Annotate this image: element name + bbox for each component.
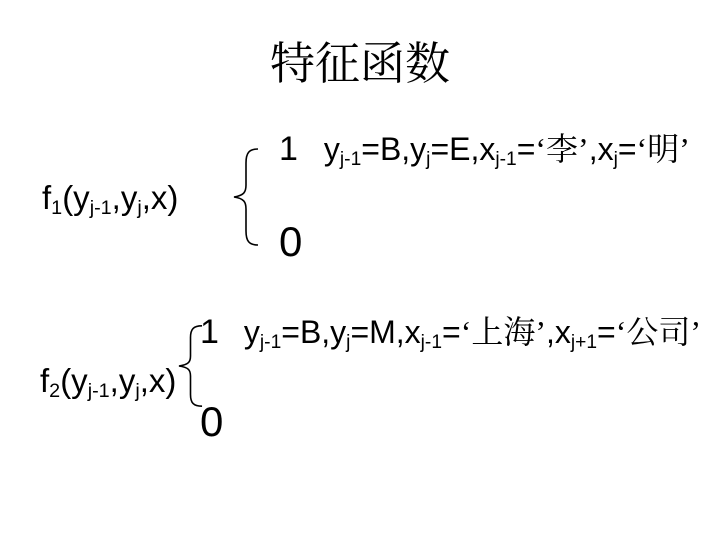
f2-left-curly-brace-icon [178,325,203,407]
f1-case-true-row: 1yj-1=B,yj=E,xj-1=‘李’,xj=‘明’ [279,132,690,169]
f2-case-true-condition: yj-1=B,yj=M,xj-1=‘上海’,xj+1=‘公司’ [244,314,701,350]
f1-case-true-condition: yj-1=B,yj=E,xj-1=‘李’,xj=‘明’ [324,131,690,167]
slide-canvas: 特征函数 1yj-1=B,yj=E,xj-1=‘李’,xj=‘明’ f1(yj-… [0,0,720,540]
f1-function-label: f1(yj-1,yj,x) [42,181,178,219]
f2-case-false-value: 0 [200,401,223,443]
f1-left-curly-brace-icon [233,148,259,246]
f2-function-label: f2(yj-1,yj,x) [40,364,176,402]
f2-case-true-row: 1yj-1=B,yj=M,xj-1=‘上海’,xj+1=‘公司’ [200,315,701,352]
f1-case-false-value: 0 [279,221,302,263]
f1-case-true-value: 1 [279,132,298,166]
page-title: 特征函数 [0,42,720,87]
